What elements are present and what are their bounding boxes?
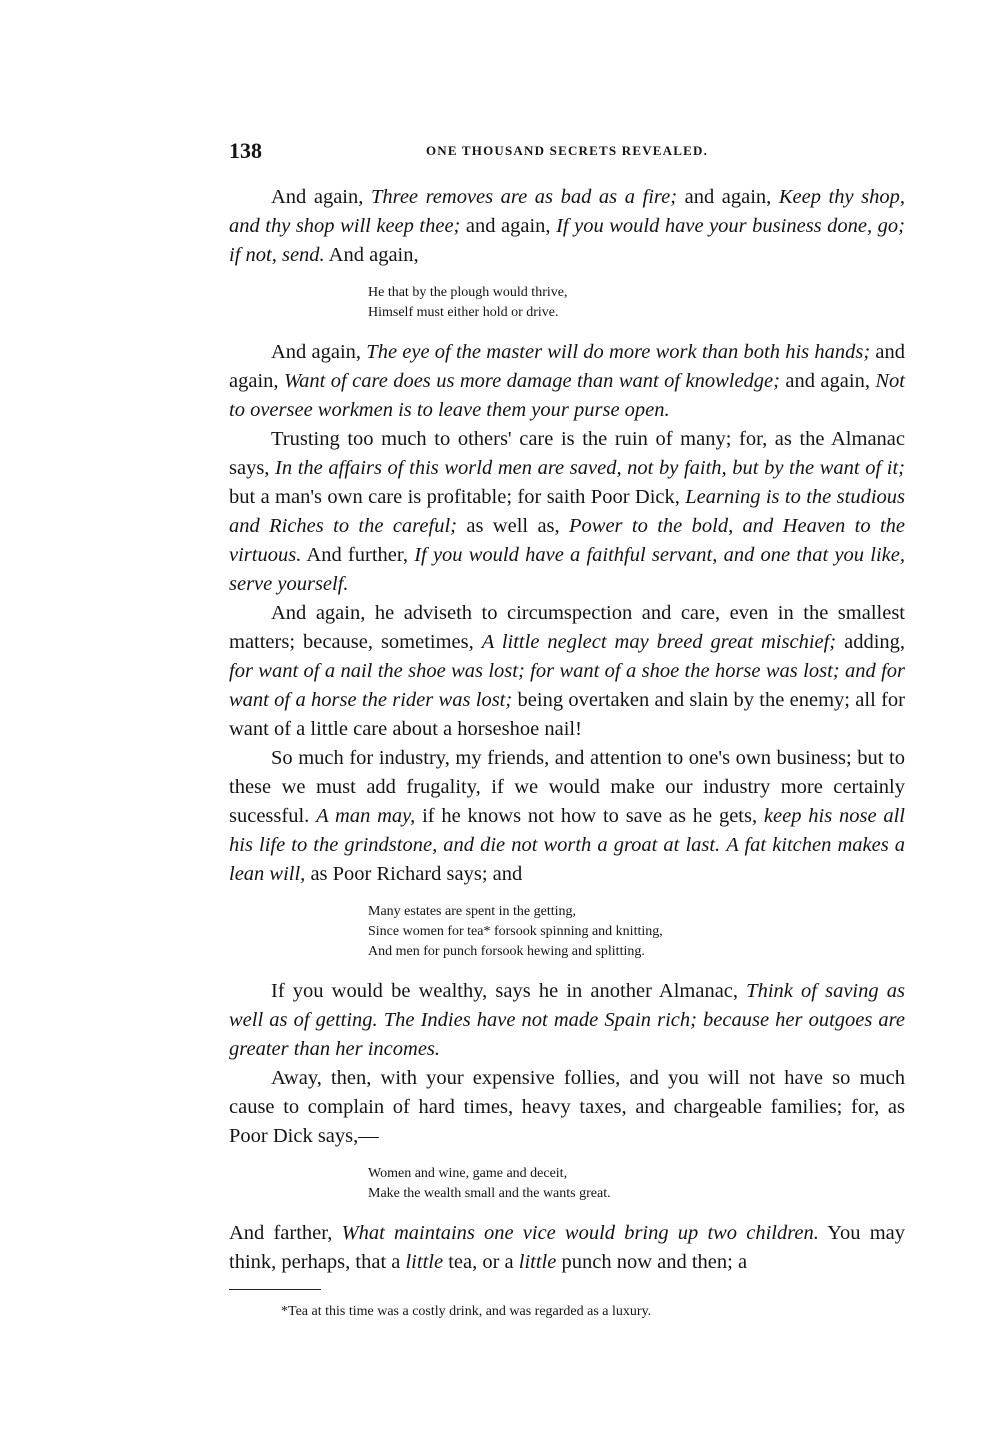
paragraph: And again, The eye of the master will do…: [229, 338, 905, 425]
italic-quote: little: [519, 1251, 557, 1273]
paragraph: So much for industry, my friends, and at…: [229, 744, 905, 889]
paragraph: And again, Three removes are as bad as a…: [229, 183, 905, 270]
text-run: And farther,: [229, 1222, 342, 1244]
text-run: And again,: [325, 244, 419, 266]
italic-quote: Want of care does us more damage than wa…: [284, 370, 780, 392]
verse-block: Women and wine, game and deceit,Make the…: [368, 1164, 905, 1204]
paragraph: Trusting too much to others' care is the…: [229, 425, 905, 599]
italic-quote: Three removes are as bad as a fire;: [371, 186, 677, 208]
italic-quote: A man may,: [316, 805, 415, 827]
text-run: and again,: [780, 370, 875, 392]
text-run: as Poor Richard says; and: [305, 863, 522, 885]
verse-line: Since women for tea* forsook spinning an…: [368, 922, 905, 942]
text-run: and again,: [460, 215, 556, 237]
page-body: And again, Three removes are as bad as a…: [229, 183, 905, 1322]
verse-block: Many estates are spent in the getting,Si…: [368, 902, 905, 962]
italic-quote: What maintains one vice would bring up t…: [342, 1222, 819, 1244]
paragraph: And farther, What maintains one vice wou…: [229, 1219, 905, 1277]
italic-quote: In the affairs of this world men are sav…: [275, 457, 905, 479]
italic-quote: A little neglect may breed great mischie…: [482, 631, 836, 653]
text-run: Away, then, with your expensive follies,…: [229, 1067, 905, 1147]
verse-line: He that by the plough would thrive,: [368, 283, 905, 303]
text-run: and again,: [677, 186, 779, 208]
page-header: 138 ONE THOUSAND SECRETS REVEALED.: [229, 138, 905, 168]
text-run: punch now and then; a: [556, 1251, 747, 1273]
paragraph: If you would be wealthy, says he in anot…: [229, 977, 905, 1064]
paragraph: And again, he adviseth to circumspection…: [229, 599, 905, 744]
book-page: 138 ONE THOUSAND SECRETS REVEALED. And a…: [0, 0, 989, 1434]
verse-line: And men for punch forsook hewing and spl…: [368, 942, 905, 962]
verse-line: Himself must either hold or drive.: [368, 303, 905, 323]
verse-line: Many estates are spent in the getting,: [368, 902, 905, 922]
text-run: but a man's own care is profitable; for …: [229, 486, 685, 508]
running-head: ONE THOUSAND SECRETS REVEALED.: [229, 143, 905, 159]
italic-quote: little: [405, 1251, 443, 1273]
italic-quote: The eye of the master will do more work …: [366, 341, 870, 363]
text-run: And again,: [271, 186, 371, 208]
paragraph: Away, then, with your expensive follies,…: [229, 1064, 905, 1151]
verse-line: Make the wealth small and the wants grea…: [368, 1184, 905, 1204]
footnote-divider: [229, 1289, 321, 1290]
text-run: And further,: [301, 544, 414, 566]
text-run: if he knows not how to save as he gets,: [415, 805, 764, 827]
text-run: tea, or a: [443, 1251, 519, 1273]
verse-block: He that by the plough would thrive,Himse…: [368, 283, 905, 323]
verse-line: Women and wine, game and deceit,: [368, 1164, 905, 1184]
footnote: *Tea at this time was a costly drink, an…: [281, 1302, 905, 1322]
text-run: as well as,: [457, 515, 569, 537]
text-run: And again,: [271, 341, 366, 363]
text-run: adding,: [836, 631, 905, 653]
text-run: If you would be wealthy, says he in anot…: [271, 980, 746, 1002]
